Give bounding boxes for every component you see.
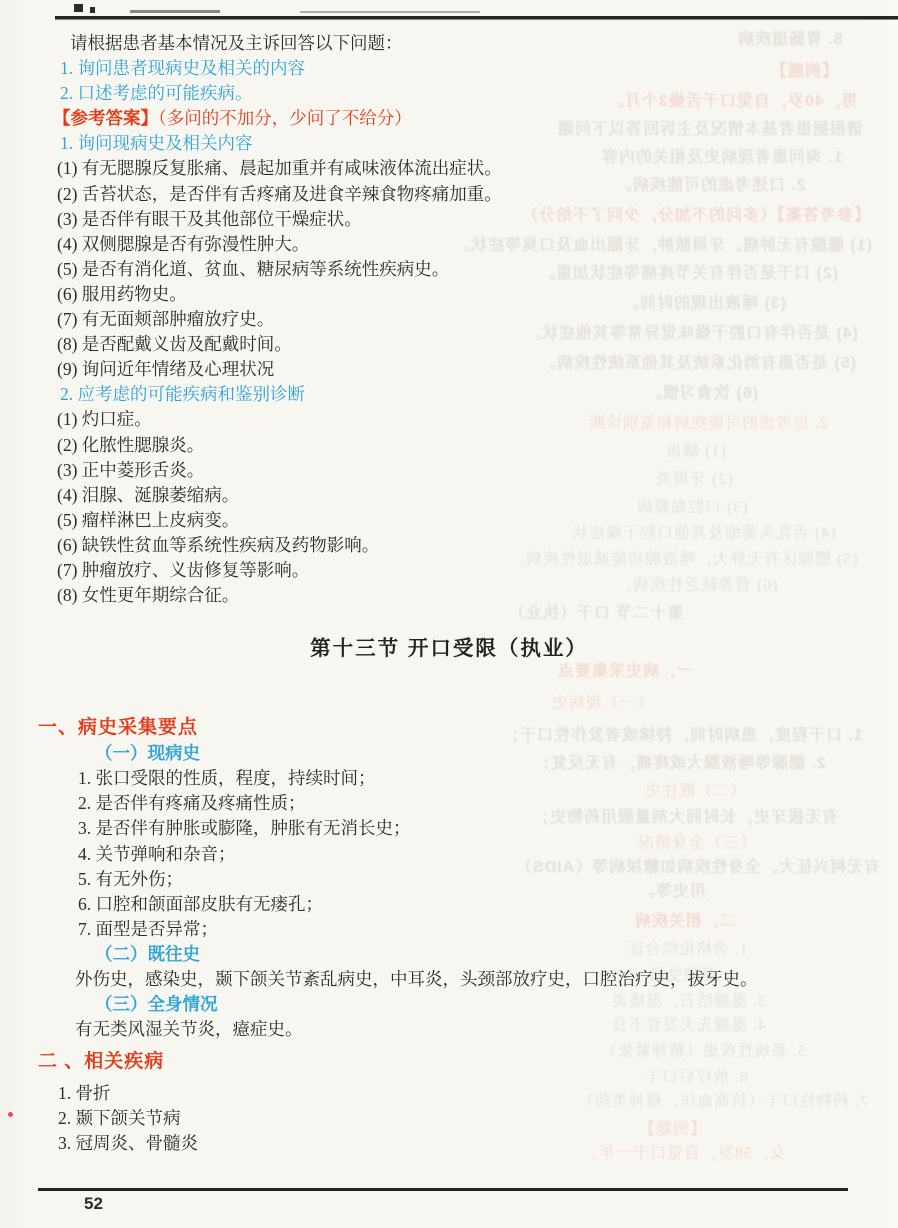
answer-item: (5) 是否有消化道、贫血、糖尿病等系统性疾病史。 bbox=[38, 257, 860, 282]
page-content: 请根据患者基本情况及主诉回答以下问题： 1. 询问患者现病史及相关的内容 2. … bbox=[38, 0, 860, 1157]
answer-item: (2) 化脓性腮腺炎。 bbox=[38, 433, 860, 458]
question-1: 1. 询问患者现病史及相关的内容 bbox=[38, 56, 860, 81]
answer-item: (6) 服用药物史。 bbox=[38, 282, 860, 307]
answer-item: (4) 泪腺、涎腺萎缩病。 bbox=[38, 483, 860, 508]
footer-rule bbox=[38, 1188, 848, 1191]
related-disease-item: 2. 颞下颌关节病 bbox=[38, 1106, 860, 1131]
answer-item: (7) 有无面颊部肿瘤放疗史。 bbox=[38, 307, 860, 332]
reference-answer-label: 【参考答案】 bbox=[53, 108, 158, 128]
related-disease-item: 3. 冠周炎、骨髓炎 bbox=[38, 1131, 860, 1156]
answer-item: (8) 是否配戴义齿及配戴时间。 bbox=[38, 332, 860, 357]
history-item: 4. 关节弹响和杂音； bbox=[38, 842, 860, 867]
history-item: 2. 是否伴有疼痛及疼痛性质； bbox=[38, 791, 860, 816]
related-disease-item: 1. 骨折 bbox=[38, 1081, 860, 1106]
reference-answer-line: 【参考答案】（多问的不加分，少问了不给分） bbox=[38, 106, 860, 131]
question-2: 2. 口述考虑的可能疾病。 bbox=[38, 81, 860, 106]
history-item: 3. 是否伴有肿胀或膨隆，肿胀有无消长史； bbox=[38, 816, 860, 841]
answer-item: (2) 舌苔状态，是否伴有舌疼痛及进食辛辣食物疼痛加重。 bbox=[38, 182, 860, 207]
history-item: 6. 口腔和颌面部皮肤有无瘘孔； bbox=[38, 892, 860, 917]
subheading-present-illness: （一）现病史 bbox=[38, 741, 860, 766]
scanned-book-page: 8. 胃肠道疾病【例题】男，40岁，自觉口干舌燥3个月。请根据患者基本情况及主诉… bbox=[0, 0, 898, 1228]
answer-item: (4) 双侧腮腺是否有弥漫性肿大。 bbox=[38, 232, 860, 257]
general-condition-text: 有无类风湿关节炎，癔症史。 bbox=[38, 1017, 860, 1042]
heading-related-diseases: 二 、相关疾病 bbox=[38, 1048, 860, 1075]
answer-item: (3) 是否伴有眼干及其他部位干燥症状。 bbox=[38, 207, 860, 232]
heading-history-collection: 一、病史采集要点 bbox=[38, 714, 860, 741]
answer-item: (7) 肿瘤放疗、义齿修复等影响。 bbox=[38, 558, 860, 583]
subheading-past-history: （二）既往史 bbox=[38, 942, 860, 967]
page-number: 52 bbox=[84, 1194, 103, 1214]
answer-part2-heading: 2. 应考虑的可能疾病和鉴别诊断 bbox=[38, 382, 860, 407]
answer-item: (3) 正中菱形舌炎。 bbox=[38, 458, 860, 483]
reference-answer-note: （多问的不加分，少问了不给分） bbox=[158, 108, 412, 128]
subheading-general-condition: （三）全身情况 bbox=[38, 992, 860, 1017]
history-item: 1. 张口受限的性质，程度，持续时间； bbox=[38, 766, 860, 791]
history-item: 5. 有无外伤； bbox=[38, 867, 860, 892]
scan-speck bbox=[8, 1112, 13, 1117]
answer-item: (8) 女性更年期综合征。 bbox=[38, 583, 860, 608]
answer-item: (1) 有无腮腺反复胀痛、晨起加重并有咸味液体流出症状。 bbox=[38, 156, 860, 181]
past-history-text: 外伤史，感染史，颞下颌关节紊乱病史，中耳炎，头颈部放疗史，口腔治疗史，拔牙史。 bbox=[38, 967, 860, 992]
answer-item: (5) 瘤样淋巴上皮病变。 bbox=[38, 508, 860, 533]
answer-item: (9) 询问近年情绪及心理状况 bbox=[38, 357, 860, 382]
question-lead: 请根据患者基本情况及主诉回答以下问题： bbox=[38, 31, 860, 56]
answer-part1-heading: 1. 询问现病史及相关内容 bbox=[38, 131, 860, 156]
history-item: 7. 面型是否异常； bbox=[38, 917, 860, 942]
section-title: 第十三节 开口受限（执业） bbox=[38, 634, 860, 664]
answer-item: (6) 缺铁性贫血等系统性疾病及药物影响。 bbox=[38, 533, 860, 558]
answer-item: (1) 灼口症。 bbox=[38, 407, 860, 432]
